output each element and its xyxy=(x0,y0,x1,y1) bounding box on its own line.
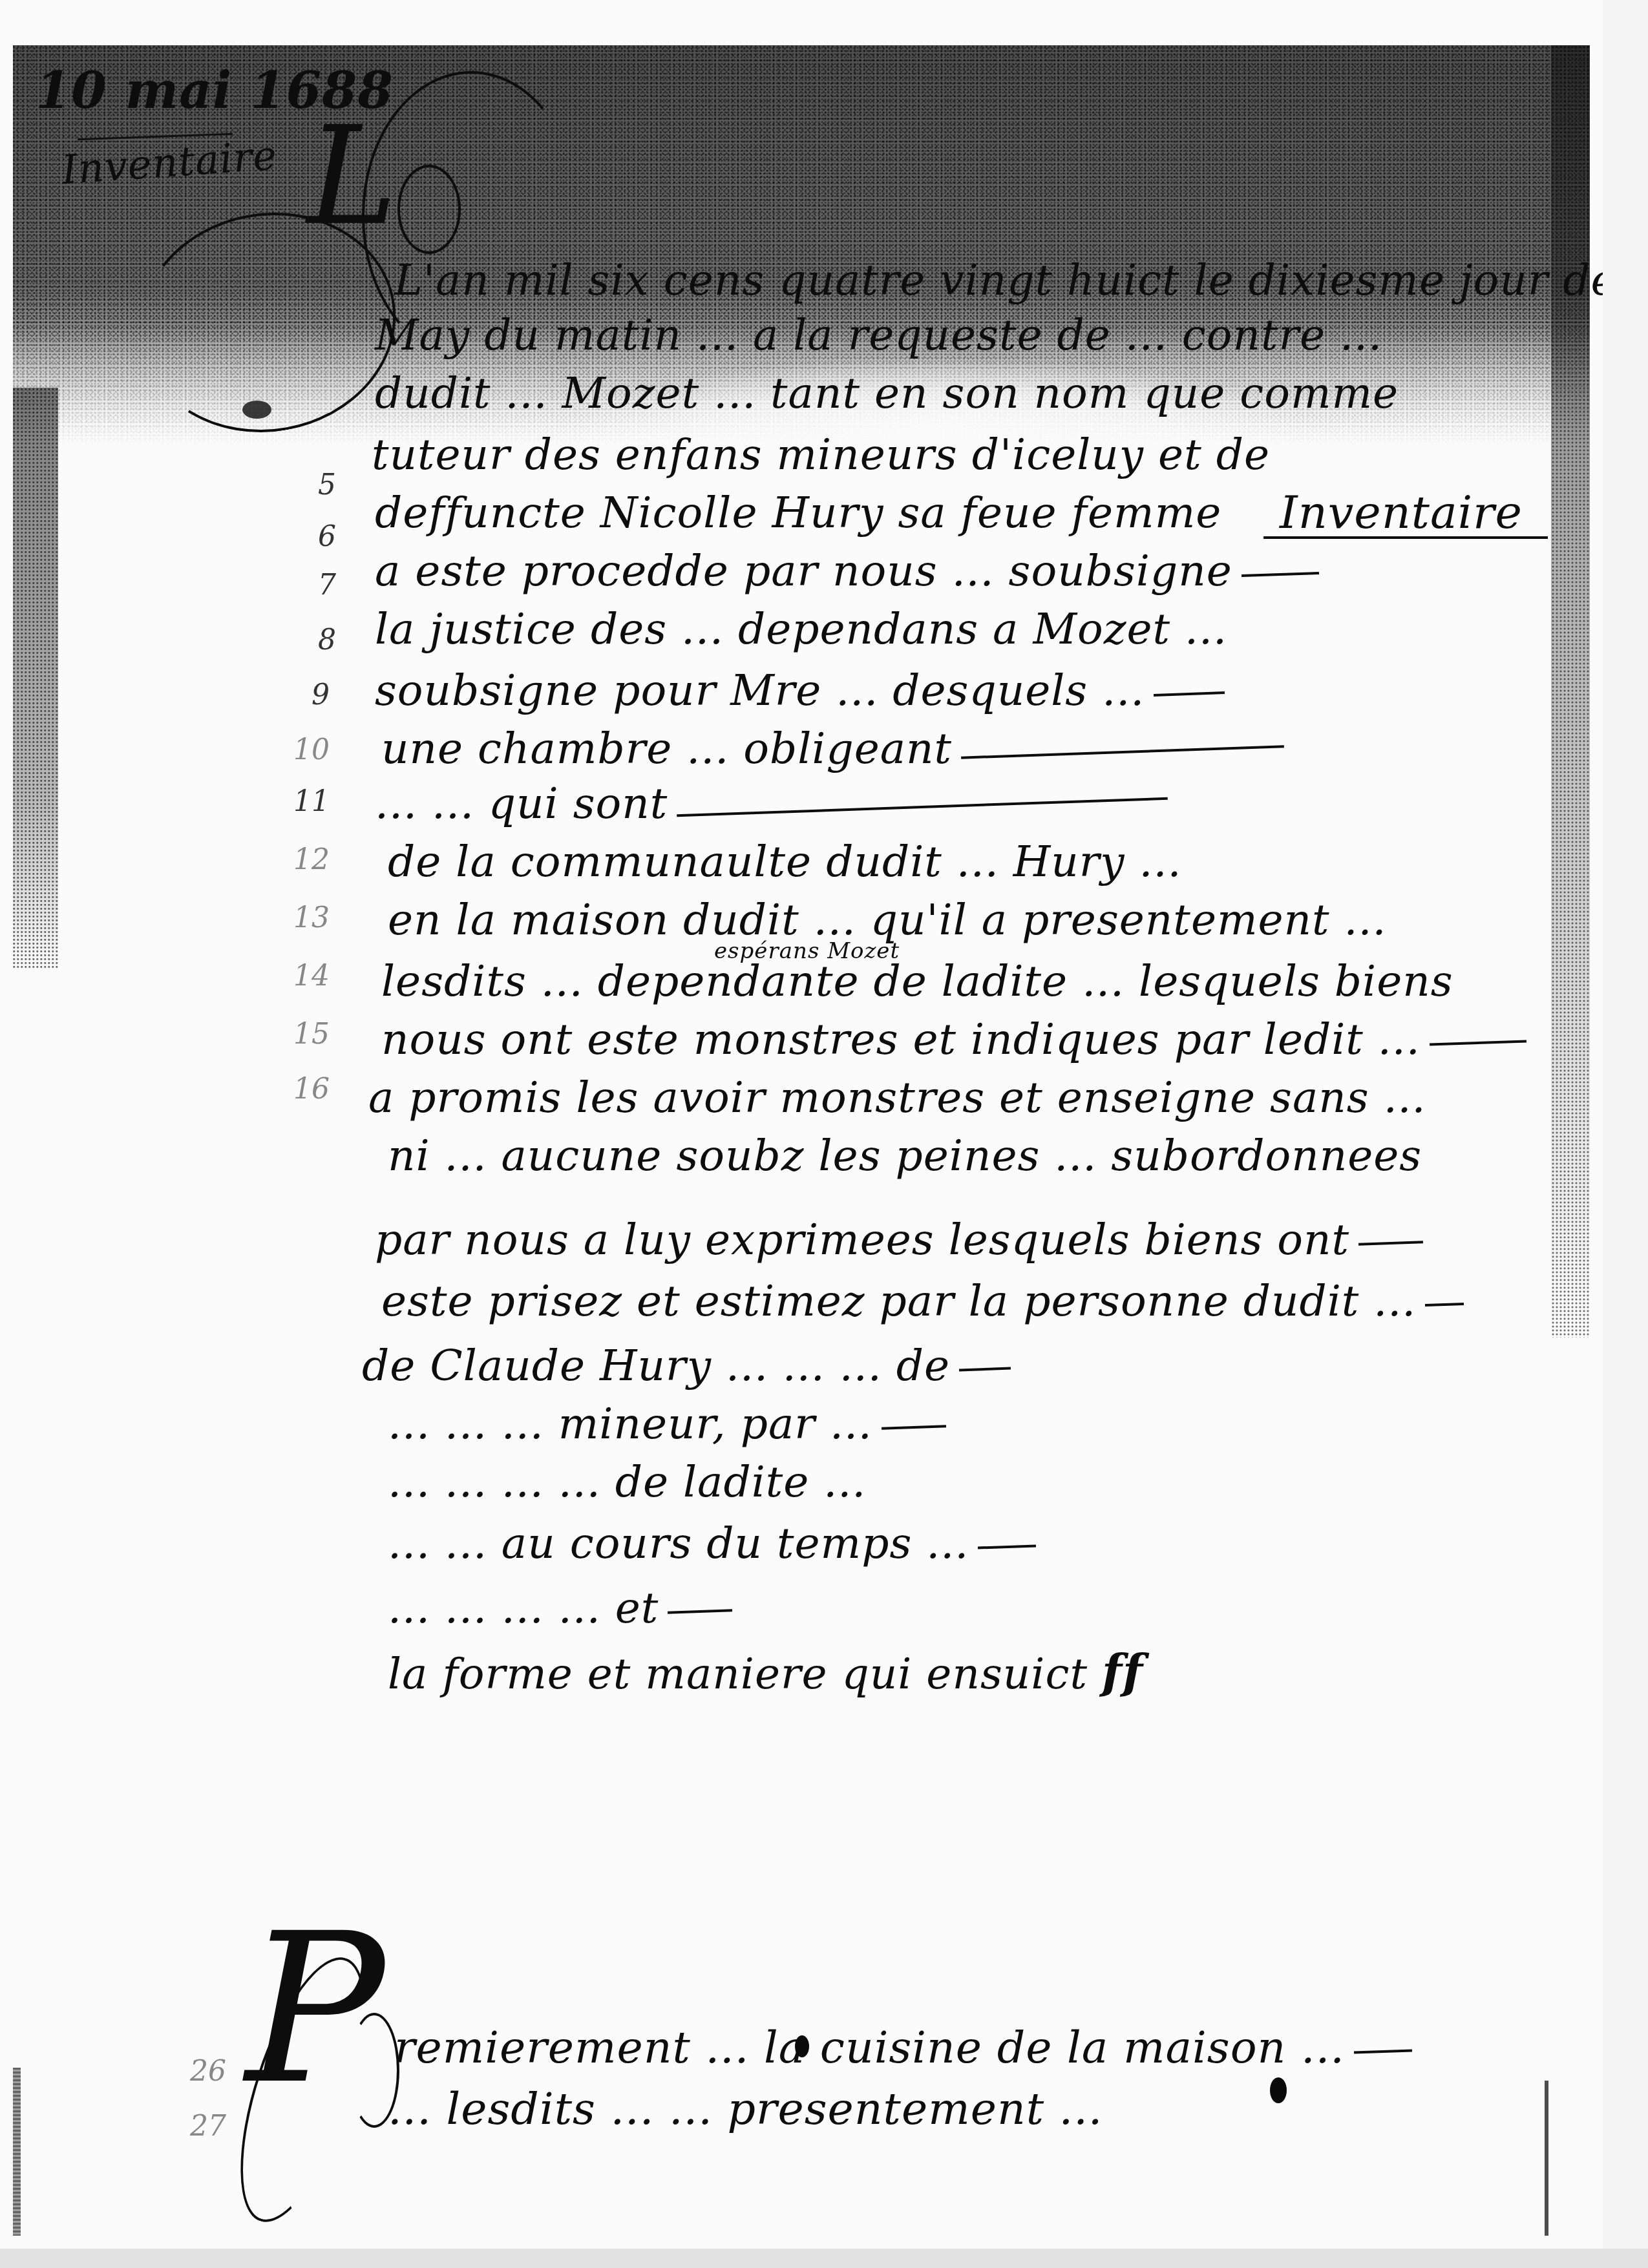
body-line: ... ... ... ... de ladite ... xyxy=(388,1457,866,1507)
margin-number: 26 xyxy=(174,2055,226,2088)
manuscript-page: 10 mai 1688 Inventaire L Inventaire 5 6 … xyxy=(0,0,1603,2249)
photocopy-noise-right-edge xyxy=(1551,45,1590,1338)
body-line: ... ... au cours du temps ... xyxy=(388,1518,1036,1568)
body-line: lesdits ... dependante de ladite ... les… xyxy=(381,956,1453,1006)
body-line: L'an mil six cens quatre vingt huict le … xyxy=(394,255,1617,305)
body-line: une chambre ... obligeant xyxy=(381,724,1284,773)
body-line: ni ... aucune soubz les peines ... subor… xyxy=(388,1131,1422,1181)
body-line: soubsigne pour Mre ... desquels ... xyxy=(375,666,1225,715)
margin-number: 13 xyxy=(278,901,330,934)
line-filler-stroke xyxy=(668,1609,732,1613)
body-line: ... ... ... ... et xyxy=(388,1583,732,1633)
margin-note-inventaire: Inventaire xyxy=(1280,486,1523,539)
line-filler-stroke xyxy=(1241,572,1319,577)
body-line: tuteur des enfans mineurs d'iceluy et de xyxy=(372,430,1270,479)
margin-number: 15 xyxy=(278,1018,330,1051)
initial-flourish-oval xyxy=(397,165,461,254)
opening-initial: L xyxy=(307,97,397,255)
line-filler-stroke xyxy=(978,1544,1036,1549)
line-filler-stroke xyxy=(882,1425,946,1429)
body-line: a promis les avoir monstres et enseigne … xyxy=(368,1073,1426,1122)
margin-number: 8 xyxy=(284,624,336,656)
body-line: May du matin ... a la requeste de ... co… xyxy=(375,310,1382,360)
margin-number: 10 xyxy=(278,733,330,766)
body-line: ... ... ... mineur, par ... xyxy=(388,1399,946,1449)
margin-number: 5 xyxy=(284,468,336,501)
ink-dot xyxy=(795,2035,809,2057)
margin-number: 27 xyxy=(174,2110,226,2143)
margin-number: 14 xyxy=(278,960,330,992)
section-line: ... lesdits ... ... presentement ... xyxy=(388,2084,1103,2135)
line-filler-stroke xyxy=(961,745,1284,759)
line-filler-stroke xyxy=(1430,1040,1527,1045)
line-filler-stroke xyxy=(1425,1303,1464,1307)
ink-dot xyxy=(1270,2077,1287,2103)
line-filler-stroke xyxy=(1154,691,1225,697)
body-line-final: la forme et maniere qui ensuict ff xyxy=(388,1644,1143,1699)
body-line: ... ... qui sont xyxy=(375,779,1168,828)
scanner-bed-right xyxy=(1603,0,1648,2268)
body-line: par nous a luy exprimees lesquels biens … xyxy=(375,1215,1423,1265)
body-line: dudit ... Mozet ... tant en son nom que … xyxy=(375,368,1399,418)
body-line: de la communaulte dudit ... Hury ... xyxy=(388,837,1181,887)
body-line: a este procedde par nous ... soubsigne xyxy=(375,546,1319,596)
body-line: la justice des ... dependans a Mozet ... xyxy=(375,604,1227,654)
body-line: deffuncte Nicolle Hury sa feue femme xyxy=(375,488,1221,538)
line-filler-stroke xyxy=(677,797,1168,817)
body-line: de Claude Hury ... ... ... de xyxy=(362,1341,1011,1391)
margin-number: 9 xyxy=(278,678,330,711)
margin-number: 12 xyxy=(278,843,330,876)
page-edge-shadow-left xyxy=(13,2068,21,2236)
margin-number: 7 xyxy=(284,569,336,602)
margin-number: 6 xyxy=(284,520,336,553)
body-line: en la maison dudit ... qu'il a presentem… xyxy=(388,895,1387,945)
body-line: nous ont este monstres et indiques par l… xyxy=(381,1014,1527,1064)
scanner-bed-bottom xyxy=(0,2249,1648,2268)
margin-number: 11 xyxy=(278,785,330,818)
margin-note-rule xyxy=(1263,536,1548,539)
line-filler-stroke xyxy=(1354,2049,1412,2053)
margin-number: 16 xyxy=(278,1073,330,1106)
page-edge-shadow-right xyxy=(1545,2081,1548,2236)
line-filler-stroke xyxy=(959,1367,1011,1372)
line-filler-stroke xyxy=(1358,1241,1423,1245)
section-line: remierement ... la cuisine de la maison … xyxy=(394,2022,1412,2074)
body-line: este prisez et estimez par la personne d… xyxy=(381,1276,1464,1326)
photocopy-noise-left-edge xyxy=(13,388,58,969)
section-initial: P xyxy=(246,1906,385,2113)
end-mark: ff xyxy=(1102,1644,1143,1699)
